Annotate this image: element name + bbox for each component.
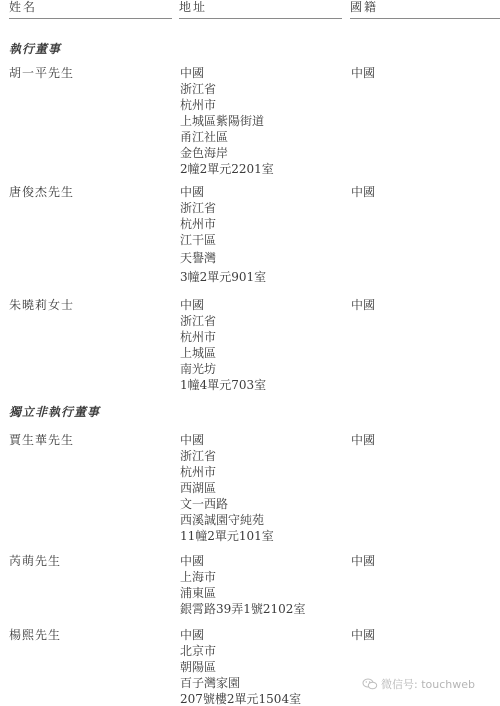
section-title-independent-directors: 獨立非執行董事 (9, 403, 100, 420)
address-line: 杭州市 (180, 97, 274, 113)
director-nationality: 中國 (351, 627, 375, 643)
director-address: 中國 浙江省 杭州市 西湖區 文一西路 西溪誠園守純苑 11幢2單元101室 (180, 432, 274, 544)
address-line: 上海市 (180, 569, 305, 585)
address-line: 天譽灣 (180, 248, 266, 267)
address-line: 2幢2單元2201室 (180, 161, 274, 177)
header-nationality: 國籍 (350, 0, 500, 19)
section-title-executive-directors: 執行董事 (9, 40, 61, 57)
address-line: 中國 (180, 184, 266, 200)
director-address: 中國 浙江省 杭州市 江干區 天譽灣 3幢2單元901室 (180, 184, 266, 286)
address-line: 浙江省 (180, 200, 266, 216)
address-line: 中國 (180, 627, 301, 643)
address-line: 中國 (180, 553, 305, 569)
address-line: 中國 (180, 432, 274, 448)
director-address: 中國 上海市 浦東區 銀霄路39弄1號2102室 (180, 553, 305, 617)
director-name: 賈生華先生 (9, 432, 74, 448)
table-header: 姓名 地址 國籍 (0, 0, 500, 20)
director-address: 中國 浙江省 杭州市 上城區紫陽街道 甬江社區 金色海岸 2幢2單元2201室 (180, 65, 274, 177)
address-line: 1幢4單元703室 (180, 377, 266, 393)
address-line: 文一西路 (180, 496, 274, 512)
address-line: 浦東區 (180, 585, 305, 601)
address-line: 朝陽區 (180, 659, 301, 675)
director-nationality: 中國 (351, 432, 375, 448)
wechat-icon (362, 678, 378, 690)
address-line: 北京市 (180, 643, 301, 659)
director-nationality: 中國 (351, 553, 375, 569)
address-line: 上城區紫陽街道 (180, 113, 274, 129)
address-line: 杭州市 (180, 464, 274, 480)
address-line: 甬江社區 (180, 129, 274, 145)
director-name: 芮萌先生 (9, 553, 61, 569)
watermark: 微信号: touchweb (362, 676, 475, 692)
address-line: 上城區 (180, 345, 266, 361)
director-nationality: 中國 (351, 184, 375, 200)
director-name: 唐俊杰先生 (9, 184, 74, 200)
address-line: 銀霄路39弄1號2102室 (180, 601, 305, 617)
director-name: 朱曉莉女士 (9, 297, 74, 313)
address-line: 杭州市 (180, 216, 266, 232)
address-line: 浙江省 (180, 448, 274, 464)
address-line: 南光坊 (180, 361, 266, 377)
address-line: 杭州市 (180, 329, 266, 345)
address-line: 浙江省 (180, 81, 274, 97)
header-name: 姓名 (9, 0, 172, 19)
address-line: 西溪誠園守純苑 (180, 512, 274, 528)
address-line: 浙江省 (180, 313, 266, 329)
address-line: 江干區 (180, 232, 266, 248)
watermark-text: 微信号: touchweb (381, 676, 475, 692)
address-line: 西湖區 (180, 480, 274, 496)
director-address: 中國 北京市 朝陽區 百子灣家園 207號樓2單元1504室 (180, 627, 301, 706)
director-nationality: 中國 (351, 297, 375, 313)
director-address: 中國 浙江省 杭州市 上城區 南光坊 1幢4單元703室 (180, 297, 266, 393)
director-name: 楊熙先生 (9, 627, 61, 643)
address-line: 3幢2單元901室 (180, 267, 266, 286)
director-name: 胡一平先生 (9, 65, 74, 81)
address-line: 中國 (180, 65, 274, 81)
address-line: 11幢2單元101室 (180, 528, 274, 544)
address-line: 207號樓2單元1504室 (180, 691, 301, 706)
address-line: 百子灣家園 (180, 675, 301, 691)
header-address: 地址 (179, 0, 342, 19)
director-nationality: 中國 (351, 65, 375, 81)
address-line: 中國 (180, 297, 266, 313)
address-line: 金色海岸 (180, 145, 274, 161)
